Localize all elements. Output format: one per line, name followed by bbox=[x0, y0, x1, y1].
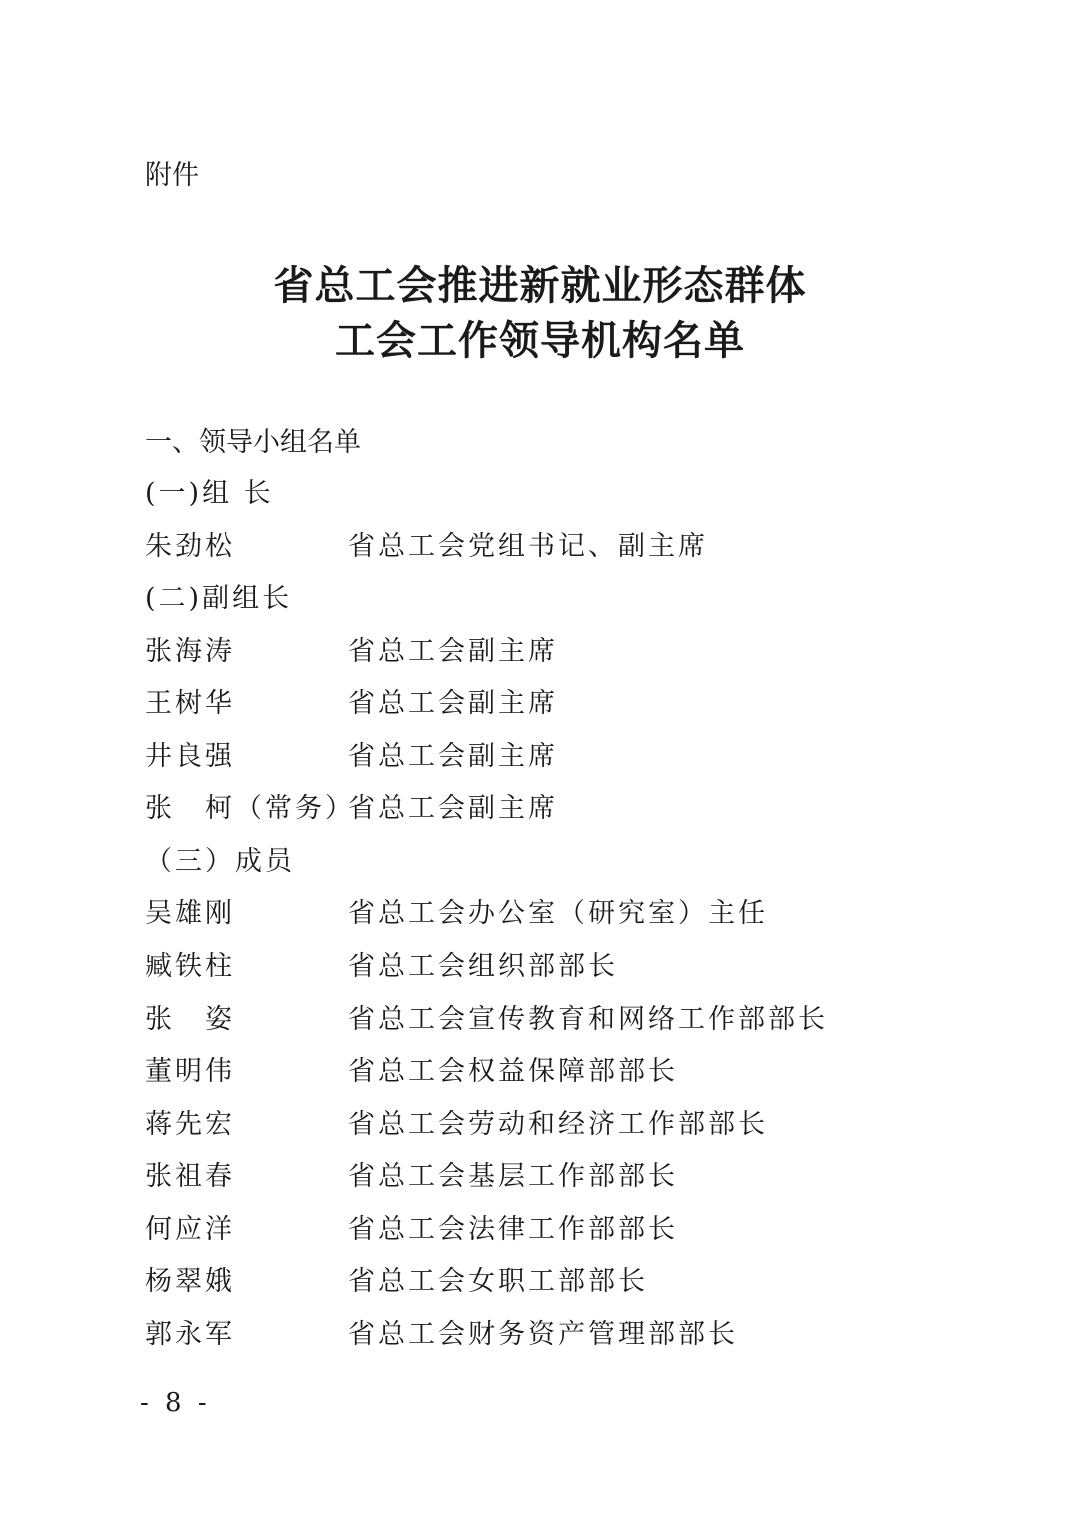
member-position: 省总工会副主席 bbox=[348, 632, 558, 672]
member-name: 张海涛 bbox=[145, 632, 235, 672]
member-position: 省总工会财务资产管理部部长 bbox=[348, 1315, 738, 1355]
member-position: 省总工会权益保障部部长 bbox=[348, 1052, 678, 1092]
member-name: 张 姿 bbox=[145, 1000, 235, 1040]
member-position: 省总工会劳动和经济工作部部长 bbox=[348, 1105, 768, 1145]
member-name: 何应洋 bbox=[145, 1210, 235, 1250]
group-heading-leader: (一)组 长 bbox=[145, 474, 274, 514]
member-name: 杨翠娥 bbox=[145, 1262, 235, 1302]
member-name: 吴雄刚 bbox=[145, 894, 235, 934]
member-name: 张 柯（常务） bbox=[145, 789, 355, 829]
member-position: 省总工会副主席 bbox=[348, 737, 558, 777]
document-title-line-2: 工会工作领导机构名单 bbox=[0, 309, 1080, 366]
member-position: 省总工会女职工部部长 bbox=[348, 1262, 648, 1302]
attachment-label: 附件 bbox=[145, 153, 199, 192]
member-position: 省总工会组织部部长 bbox=[348, 947, 618, 987]
section-heading: 一、领导小组名单 bbox=[145, 420, 361, 459]
page-number: - 8 - bbox=[140, 1388, 211, 1418]
member-name: 井良强 bbox=[145, 737, 235, 777]
member-name: 王树华 bbox=[145, 684, 235, 724]
member-name: 朱劲松 bbox=[145, 527, 235, 567]
member-name: 董明伟 bbox=[145, 1052, 235, 1092]
group-heading-members: （三）成员 bbox=[145, 842, 295, 882]
member-position: 省总工会党组书记、副主席 bbox=[348, 527, 708, 567]
member-name: 臧铁柱 bbox=[145, 947, 235, 987]
member-position: 省总工会办公室（研究室）主任 bbox=[348, 894, 768, 934]
member-position: 省总工会副主席 bbox=[348, 789, 558, 829]
group-heading-deputy: (二)副组长 bbox=[145, 579, 292, 619]
member-name: 张祖春 bbox=[145, 1157, 235, 1197]
member-position: 省总工会基层工作部部长 bbox=[348, 1157, 678, 1197]
member-position: 省总工会副主席 bbox=[348, 684, 558, 724]
member-position: 省总工会法律工作部部长 bbox=[348, 1210, 678, 1250]
member-name: 蒋先宏 bbox=[145, 1105, 235, 1145]
document-title-line-1: 省总工会推进新就业形态群体 bbox=[0, 254, 1080, 311]
member-name: 郭永军 bbox=[145, 1315, 235, 1355]
member-position: 省总工会宣传教育和网络工作部部长 bbox=[348, 1000, 828, 1040]
